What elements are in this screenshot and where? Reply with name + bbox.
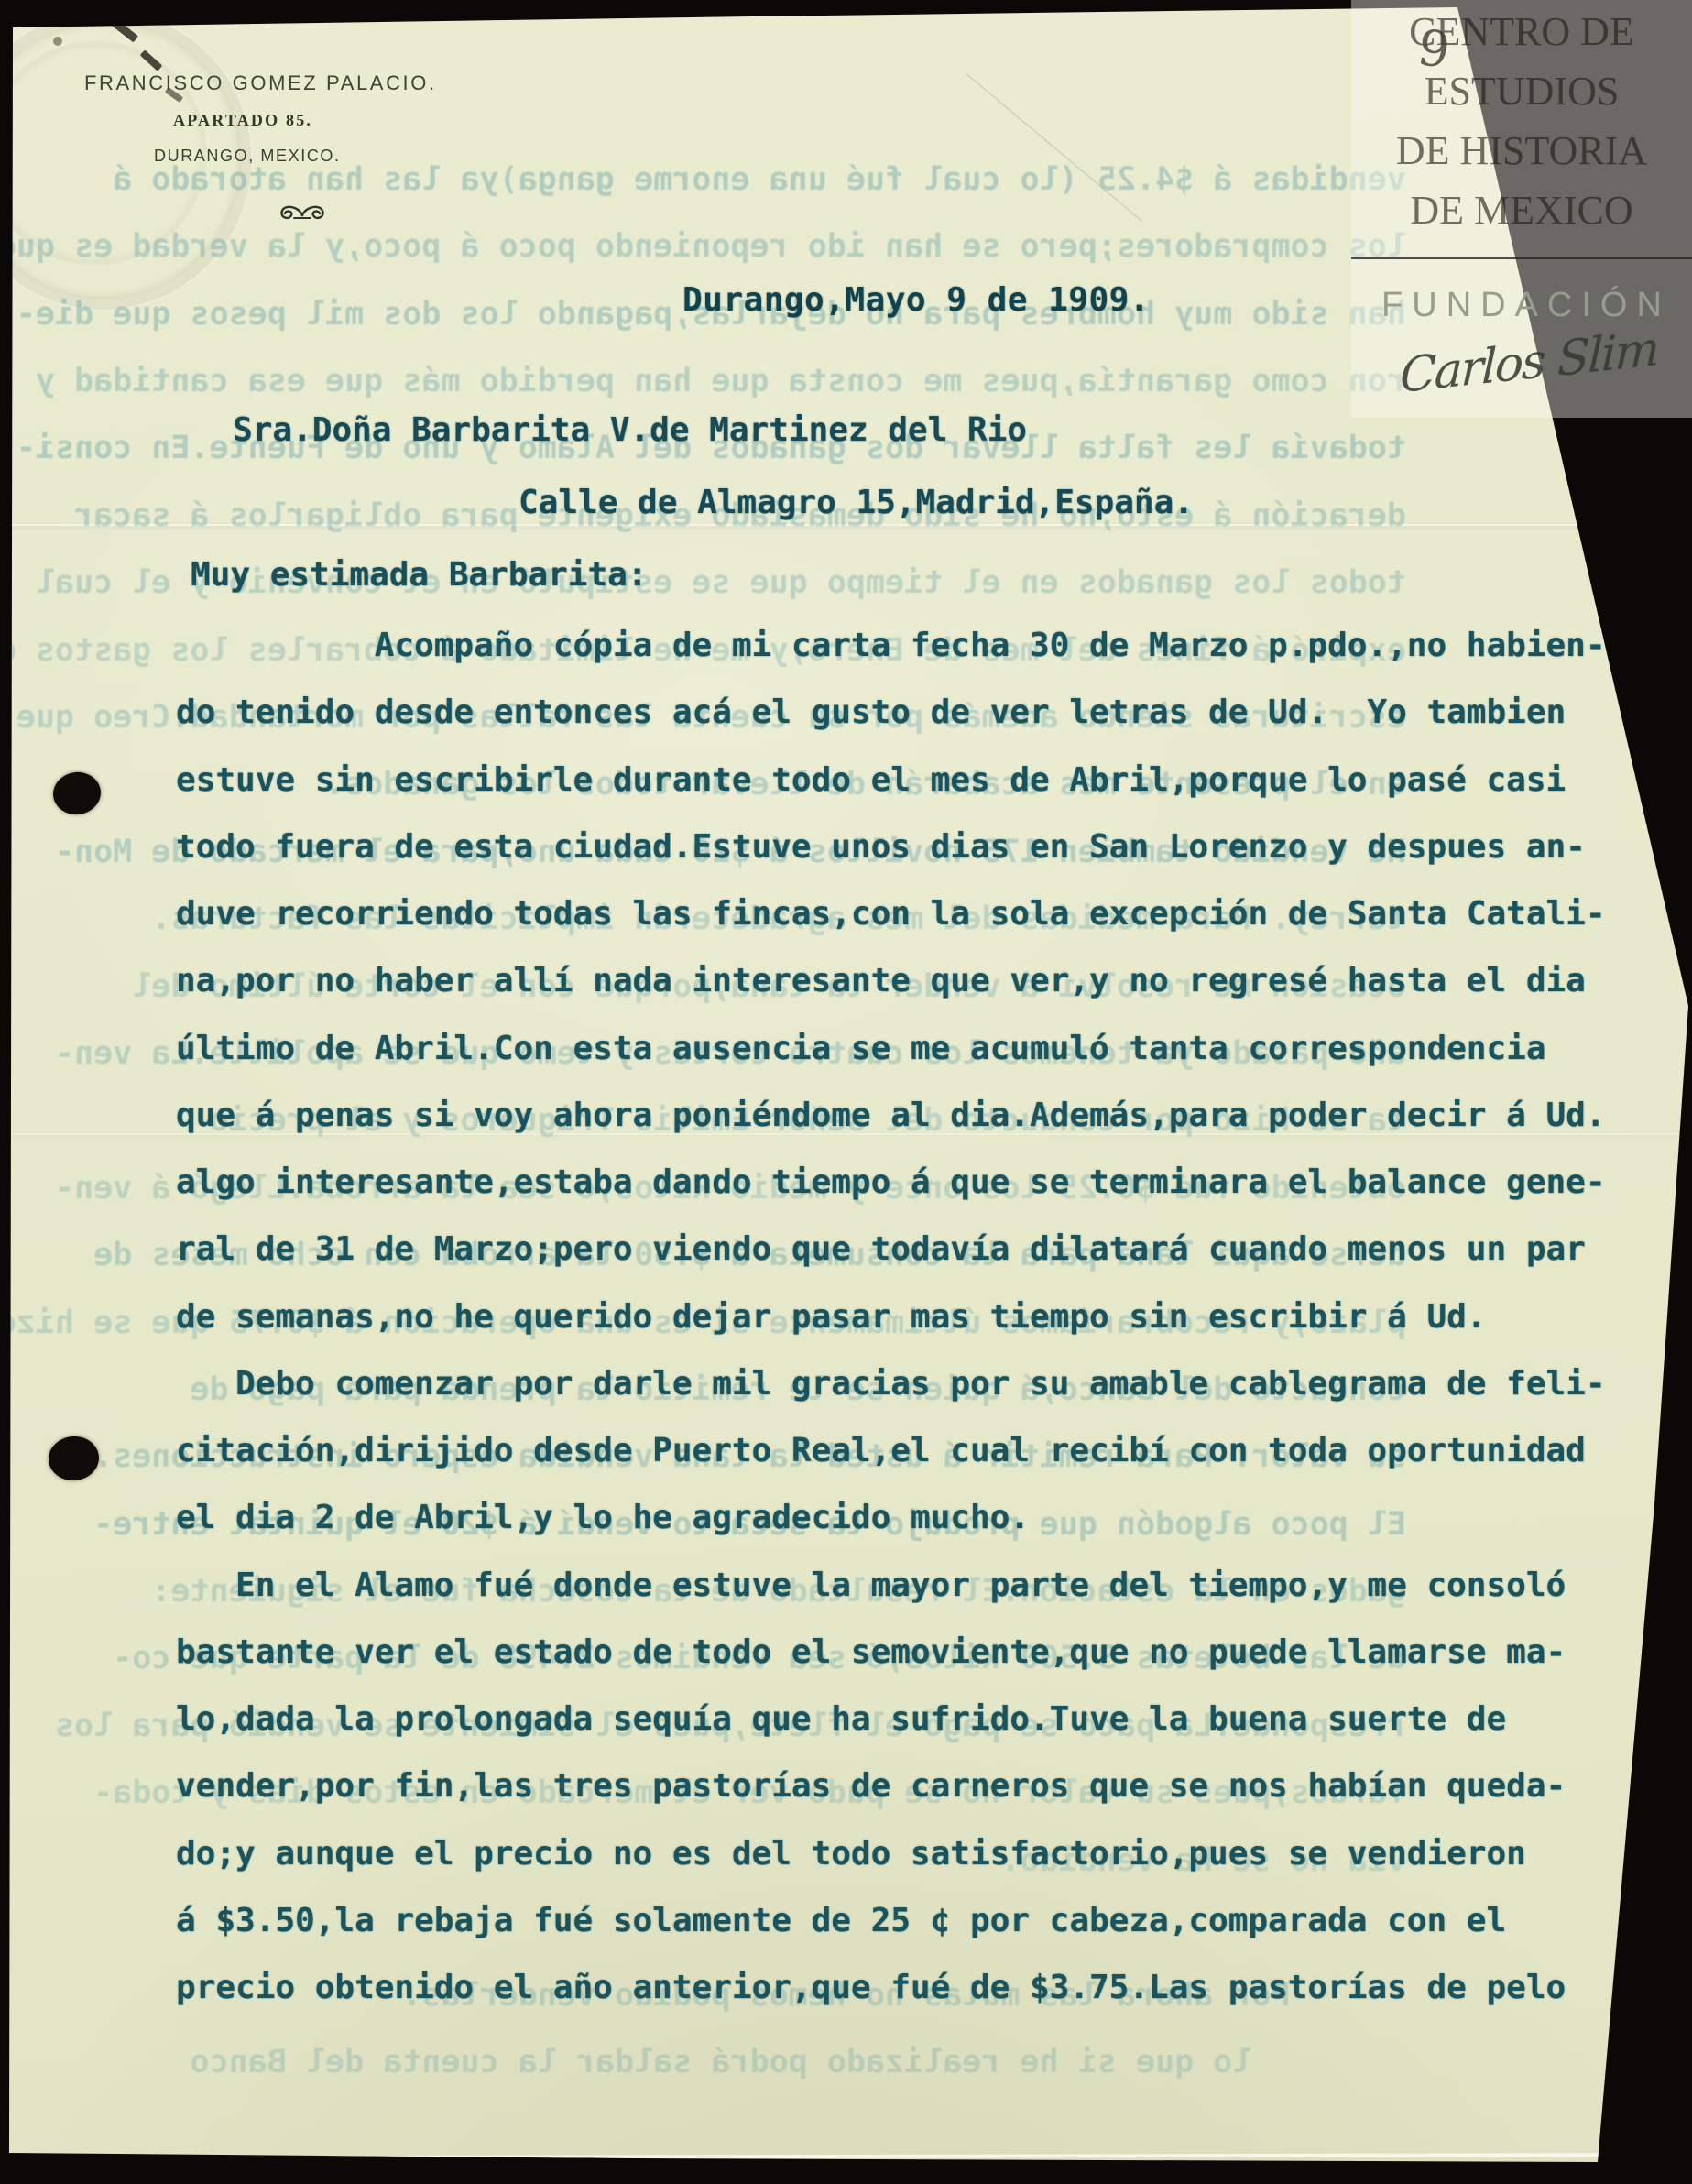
body-line: Acompaño cópia de mi carta fecha 30 de M… — [176, 612, 1660, 679]
body-line: algo interesante,estaba dando tiempo á q… — [176, 1149, 1660, 1216]
body-line: precio obtenido el año anterior,que fué … — [176, 1954, 1660, 2021]
body-line: último de Abril.Con esta ausencia se me … — [176, 1015, 1660, 1082]
carlos-slim-signature: Carlos Slim — [1359, 317, 1692, 408]
body-line: todo fuera de esta ciudad.Estuve unos di… — [176, 814, 1660, 880]
body-line: citación,dirijido desde Puerto Real,el c… — [176, 1417, 1660, 1484]
body-line: lo,dada la prolongada sequía que ha sufr… — [176, 1686, 1660, 1753]
body-line: de semanas,no he querido dejar pasar mas… — [176, 1283, 1660, 1350]
body-line: En el Alamo fué donde estuve la mayor pa… — [176, 1552, 1660, 1619]
bleed-line: los compradores;pero se han ido reponien… — [50, 231, 1406, 263]
watermark-foundation-label: FUNDACIÓN — [1351, 286, 1692, 325]
watermark-line: CENTRO DE — [1351, 2, 1692, 61]
salutation-line: Muy estimada Barbarita: — [191, 559, 648, 592]
body-line: do;y aunque el precio no es del todo sat… — [176, 1820, 1660, 1887]
body-line: Debo comenzar por darle mil gracias por … — [176, 1350, 1660, 1417]
letter-dateline: Durango,Mayo 9 de 1909. — [682, 284, 1150, 317]
body-line: bastante ver el estado de todo el semovi… — [176, 1619, 1660, 1686]
body-line: na,por no haber allí nada interesante qu… — [176, 947, 1660, 1014]
watermark-line: ESTUDIOS — [1351, 61, 1692, 121]
bleed-line: vendidas á $4.25 (lo cual fué una enorme… — [50, 164, 1406, 196]
bleed-line: lo que si he realizado podrá saldar la c… — [50, 2047, 1406, 2079]
body-line: duve recorriendo todas las fincas,con la… — [176, 880, 1660, 947]
body-line: estuve sin escribirle durante todo el me… — [176, 747, 1660, 814]
body-line: el dia 2 de Abril,y lo he agradecido muc… — [176, 1484, 1660, 1551]
recipient-address-line: Calle de Almagro 15,Madrid,España. — [519, 486, 1194, 519]
ink-smudge — [26, 12, 43, 23]
body-line: ral de 31 de Marzo;pero viendo que todav… — [176, 1216, 1660, 1283]
recipient-name-line: Sra.Doña Barbarita V.de Martinez del Rio — [233, 414, 1027, 447]
bleed-line: ron como garantía,pues me consta que han… — [50, 366, 1406, 398]
body-line: á $3.50,la rebaja fué solamente de 25 ¢ … — [176, 1887, 1660, 1954]
scanned-letter-page: FRANCISCO GOMEZ PALACIO. APARTADO 85. DU… — [0, 0, 1692, 2184]
archive-watermark: CENTRO DE ESTUDIOS DE HISTORIA DE MEXICO… — [1351, 0, 1692, 418]
watermark-line: DE MEXICO — [1351, 180, 1692, 240]
watermark-institution-name: CENTRO DE ESTUDIOS DE HISTORIA DE MEXICO — [1351, 2, 1692, 240]
body-line: do tenido desde entonces acá el gusto de… — [176, 679, 1660, 746]
body-line: que á penas si voy ahora poniéndome al d… — [176, 1082, 1660, 1149]
body-line: vender,por fin,las tres pastorías de car… — [176, 1753, 1660, 1819]
letter-body: Acompaño cópia de mi carta fecha 30 de M… — [176, 612, 1660, 2021]
watermark-line: DE HISTORIA — [1351, 121, 1692, 180]
watermark-divider-line — [1351, 257, 1692, 259]
